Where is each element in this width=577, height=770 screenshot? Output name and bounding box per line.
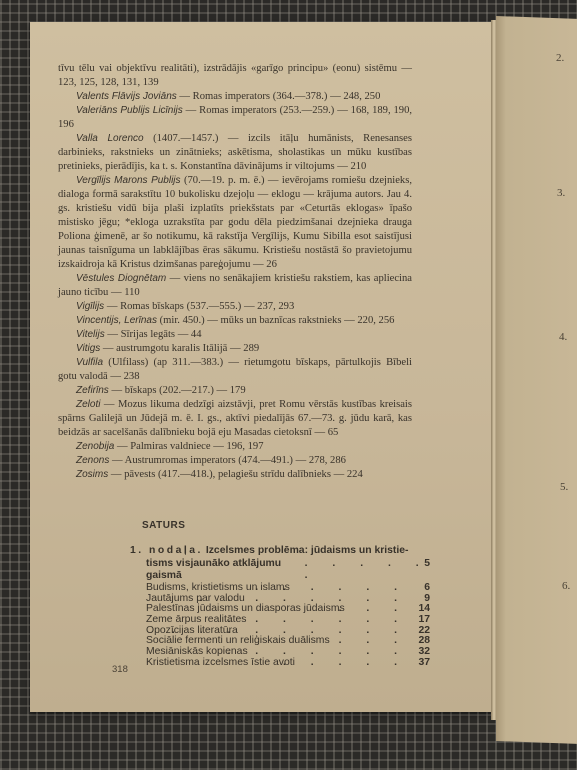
- entry-name: Valents Flāvijs Joviāns: [76, 91, 177, 102]
- chapter-title-line2: tisms visjaunāko atklājumu gaismā. . . .…: [130, 558, 430, 583]
- index-entry: Valla Lorenco (1407.—1457.) — izcils itā…: [58, 132, 412, 174]
- entry-name: Zenons: [76, 455, 109, 466]
- entry-text: — Sīrijas legāts — 44: [105, 329, 202, 340]
- entry-name: Zosims: [76, 469, 108, 480]
- index-entry: Valeriāns Publijs Licīnijs — Romas imper…: [58, 104, 412, 132]
- right-page-chapter-number: 6.: [562, 580, 570, 592]
- dot-leader: . . . . .: [283, 658, 408, 669]
- right-book-page: [496, 16, 577, 744]
- dot-leader: . . . . . .: [305, 558, 430, 583]
- right-page-chapter-number: 5.: [560, 481, 568, 493]
- toc-item[interactable]: Kristietisma izcelsmes īstie avoti. . . …: [146, 658, 430, 669]
- index-entry: Zeloti — Mozus likuma dedzīgi aizstāvji,…: [58, 398, 412, 440]
- toc-chapter-1[interactable]: 1. nodaļa. Izcelsmes problēma: jūdaisms …: [130, 545, 430, 583]
- toc-item-page: 37: [418, 658, 430, 669]
- entry-text: — austrumgotu karalis Itālijā — 289: [100, 343, 259, 354]
- page-number: 318: [112, 664, 128, 675]
- entry-text: — Austrumromas imperators (474.—491.) — …: [109, 455, 346, 466]
- index-entry: Vergīlijs Marons Publijs (70.—19. p. m. …: [58, 174, 412, 272]
- index-text-block: tīvu tēlu vai objektīvu realitāti), izst…: [58, 62, 412, 482]
- chapter-title-text: Izcelsmes problēma: jūdaisms un kristie-: [206, 545, 409, 556]
- index-entry: Vulfila (Ulfilass) (ap 311.—383.) — riet…: [58, 356, 412, 384]
- entry-name: Vitigs: [76, 343, 100, 354]
- entry-text: — Palmiras valdniece — 196, 197: [114, 441, 263, 452]
- index-entry: Zosims — pāvests (417.—418.), pelagiešu …: [58, 468, 412, 482]
- toc-section-list: Budisms, kristietisms un islams. . . . .…: [146, 583, 430, 669]
- entry-name: Vulfila: [76, 357, 103, 368]
- chapter-title-text-cont: tisms visjaunāko atklājumu gaismā: [146, 558, 289, 583]
- contents-heading: SATURS: [142, 520, 185, 531]
- entry-text: (Ulfilass) (ap 311.—383.) — rietumgotu b…: [58, 357, 412, 382]
- entry-name: Vigīlijs: [76, 301, 104, 312]
- entry-name: Valeriāns Publijs Licīnijs: [76, 105, 183, 116]
- index-entry: Vitelijs — Sīrijas legāts — 44: [58, 328, 412, 342]
- entry-name: Valla Lorenco: [76, 133, 144, 144]
- entry-text: tīvu tēlu vai objektīvu realitāti), izst…: [58, 63, 412, 88]
- index-entry: Vigīlijs — Romas bīskaps (537.—555.) — 2…: [58, 300, 412, 314]
- index-entry: Zenobija — Palmiras valdniece — 196, 197: [58, 440, 412, 454]
- index-entry: Zenons — Austrumromas imperators (474.—4…: [58, 454, 412, 468]
- entry-text: — Romas bīskaps (537.—555.) — 237, 293: [104, 301, 294, 312]
- right-page-chapter-number: 2.: [556, 52, 564, 64]
- toc-item-title: Sociālie fermenti un reliģiskais duālism…: [146, 635, 330, 646]
- entry-name: Zefirīns: [76, 385, 109, 396]
- entry-text: — Mozus likuma dedzīgi aizstāvji, pret R…: [58, 399, 412, 438]
- entry-text: (mir. 450.) — mūks un baznīcas rakstniek…: [157, 315, 394, 326]
- entry-name: Zeloti: [76, 399, 100, 410]
- entry-text: — pāvests (417.—418.), pelagiešu strīdu …: [108, 469, 363, 480]
- toc-item-title: Kristietisma izcelsmes īstie avoti: [146, 657, 295, 668]
- entry-text: (70.—19. p. m. ē.) — ievērojams romiešu …: [58, 175, 412, 270]
- entry-name: Vitelijs: [76, 329, 105, 340]
- chapter-title-line1: 1. nodaļa. Izcelsmes problēma: jūdaisms …: [130, 545, 430, 558]
- right-page-chapter-number: 3.: [557, 187, 565, 199]
- index-entry: Valents Flāvijs Joviāns — Romas imperato…: [58, 90, 412, 104]
- entry-name: Vergīlijs Marons Publijs: [76, 175, 181, 186]
- entry-name: Vincentijs, Lerīnas: [76, 315, 157, 326]
- entry-name: Vēstules Diognētam: [76, 273, 166, 284]
- index-entry: Vitigs — austrumgotu karalis Itālijā — 2…: [58, 342, 412, 356]
- index-entry: Vēstules Diognētam — viens no senākajiem…: [58, 272, 412, 300]
- index-entry: tīvu tēlu vai objektīvu realitāti), izst…: [58, 62, 412, 90]
- chapter-page-number: 5: [424, 558, 430, 571]
- chapter-number-label: 1. nodaļa.: [130, 545, 203, 556]
- entry-text: — Romas imperators (364.—378.) — 248, 25…: [177, 91, 381, 102]
- toc-item-title: Palestīnas jūdaisms un diasporas jūdaism…: [146, 603, 345, 614]
- right-page-chapter-number: 4.: [559, 331, 567, 343]
- entry-name: Zenobija: [76, 441, 114, 452]
- index-entry: Vincentijs, Lerīnas (mir. 450.) — mūks u…: [58, 314, 412, 328]
- index-entry: Zefirīns — bīskaps (202.—217.) — 179: [58, 384, 412, 398]
- entry-text: — bīskaps (202.—217.) — 179: [109, 385, 246, 396]
